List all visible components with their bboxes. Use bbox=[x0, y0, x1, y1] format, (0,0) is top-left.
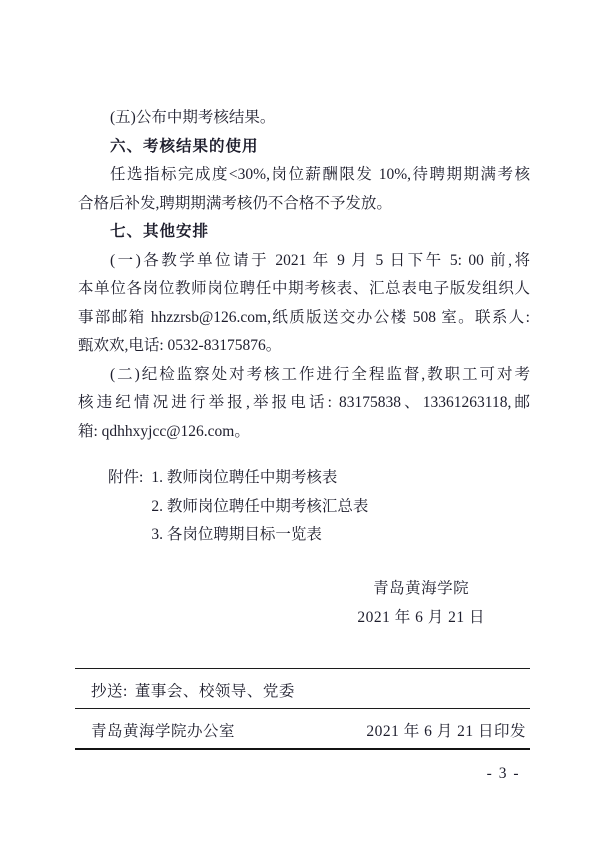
body-line: 箱: qdhhxyjcc@126.com。 bbox=[78, 418, 530, 447]
issue-row: 青岛黄海学院办公室 2021 年 6 月 21 日印发 bbox=[75, 709, 530, 748]
attachment-item: 2. 教师岗位聘任中期考核汇总表 bbox=[151, 493, 368, 522]
attachments-label: 附件: bbox=[108, 464, 143, 550]
body-line: 事部邮箱 hhzzrsb@126.com,纸质版送交办公楼 508 室。联系人: bbox=[78, 304, 530, 333]
issue-date: 2021 年 6 月 21 日印发 bbox=[366, 709, 526, 748]
body-line: 甄欢欢,电话: 0532-83175876。 bbox=[78, 332, 530, 361]
page-number: - 3 - bbox=[75, 764, 530, 784]
section-heading-7: 七、其他安排 bbox=[78, 218, 530, 247]
document-footer: 抄送:董事会、校领导、党委 青岛黄海学院办公室 2021 年 6 月 21 日印… bbox=[75, 668, 530, 784]
issuing-office: 青岛黄海学院办公室 bbox=[91, 709, 235, 748]
body-line: (二)纪检监察处对考核工作进行全程监督,教职工可对考 bbox=[78, 361, 530, 390]
body-line: 本单位各岗位教师岗位聘任中期考核表、汇总表电子版发组织人 bbox=[78, 275, 530, 304]
attachments-list: 1. 教师岗位聘任中期考核表 2. 教师岗位聘任中期考核汇总表 3. 各岗位聘期… bbox=[151, 464, 368, 550]
document-body: (五)公布中期考核结果。 六、考核结果的使用 任选指标完成度<30%,岗位薪酬限… bbox=[78, 104, 530, 632]
attachments-block: 附件: 1. 教师岗位聘任中期考核表 2. 教师岗位聘任中期考核汇总表 3. 各… bbox=[78, 464, 530, 550]
section-heading-6: 六、考核结果的使用 bbox=[78, 133, 530, 162]
body-line: 核违纪情况进行举报,举报电话: 83175838、13361263118,邮 bbox=[78, 389, 530, 418]
cc-label: 抄送: bbox=[91, 683, 128, 700]
signature-organization: 青岛黄海学院 bbox=[357, 574, 485, 603]
cc-row: 抄送:董事会、校领导、党委 bbox=[75, 669, 530, 708]
body-line: (一)各教学单位请于 2021 年 9 月 5 日下午 5: 00 前,将 bbox=[78, 247, 530, 276]
attachment-item: 3. 各岗位聘期目标一览表 bbox=[151, 521, 368, 550]
cc-recipients: 董事会、校领导、党委 bbox=[135, 683, 295, 700]
signature-date: 2021 年 6 月 21 日 bbox=[357, 603, 485, 632]
body-line: (五)公布中期考核结果。 bbox=[78, 104, 530, 133]
document-page: (五)公布中期考核结果。 六、考核结果的使用 任选指标完成度<30%,岗位薪酬限… bbox=[0, 0, 605, 856]
signature-block: 青岛黄海学院 2021 年 6 月 21 日 bbox=[357, 574, 485, 632]
body-line: 任选指标完成度<30%,岗位薪酬限发 10%,待聘期期满考核 bbox=[78, 161, 530, 190]
body-line: 合格后补发,聘期期满考核仍不合格不予发放。 bbox=[78, 190, 530, 219]
divider-line-bottom bbox=[75, 748, 530, 750]
attachment-item: 1. 教师岗位聘任中期考核表 bbox=[151, 464, 368, 493]
